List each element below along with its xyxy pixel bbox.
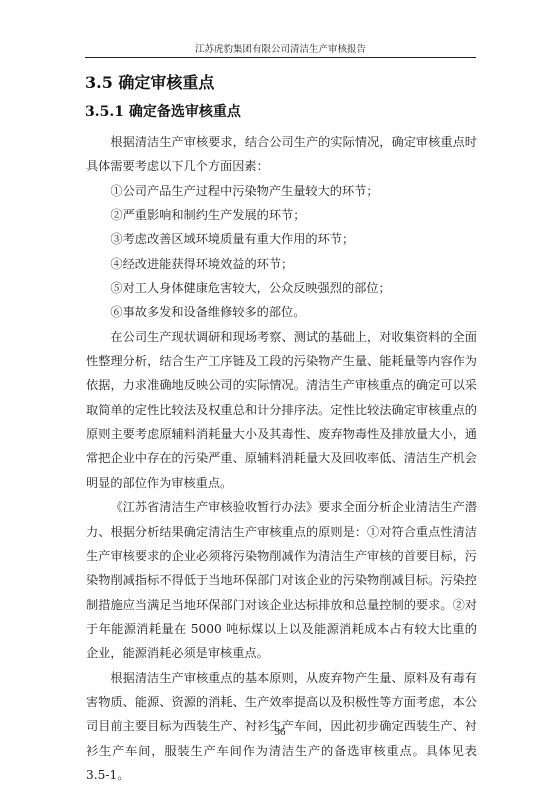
factor-item-2: ②严重影响和制约生产发展的环节； [86, 203, 477, 227]
factor-item-4: ④经改进能获得环境效益的环节； [86, 252, 477, 276]
intro-paragraph: 根据清洁生产审核要求，结合公司生产的实际情况，确定审核重点时具体需要考虑以下几个… [86, 130, 477, 179]
regulation-paragraph: 《江苏省清洁生产审核验收暂行办法》要求全面分析企业清洁生产潜力、根据分析结果确定… [86, 495, 477, 665]
body-content: 根据清洁生产审核要求，结合公司生产的实际情况，确定审核重点时具体需要考虑以下几个… [86, 130, 477, 787]
page-number: 36 [0, 725, 560, 739]
section-heading: 3.5 确定审核重点 [85, 72, 214, 94]
methodology-paragraph: 在公司生产现状调研和现场考察、测试的基础上，对收集资料的全面性整理分析，结合生产… [86, 325, 477, 495]
factor-item-6: ⑥事故多发和设备维修较多的部位。 [86, 300, 477, 324]
factor-item-5: ⑤对工人身体健康危害较大，公众反映强烈的部位； [86, 276, 477, 300]
factor-item-3: ③考虑改善区域环境质量有重大作用的环节； [86, 227, 477, 251]
running-header: 江苏虎豹集团有限公司清洁生产审核报告 [85, 44, 476, 56]
factor-item-1: ①公司产品生产过程中污染物产生量较大的环节； [86, 179, 477, 203]
subsection-heading: 3.5.1 确定备选审核重点 [85, 102, 241, 122]
header-divider [85, 57, 476, 58]
